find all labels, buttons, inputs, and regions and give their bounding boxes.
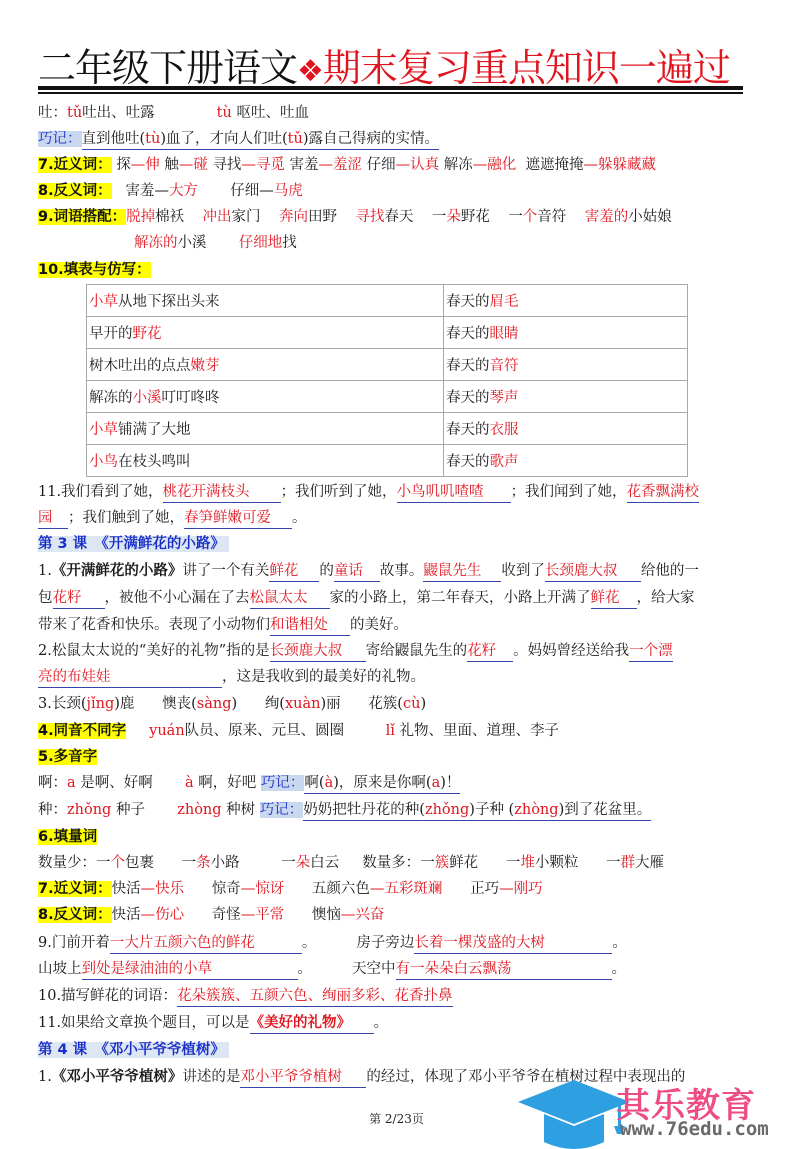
mnemonic-sentence: 直到他吐(tù)血了，才向人们吐(tǔ)露自己得病的实情。 bbox=[82, 129, 440, 150]
l3-q11-line: 11.如果给文章换个题目，可以是《美好的礼物》。 bbox=[38, 1012, 388, 1034]
section-label: 8.反义词： bbox=[38, 183, 112, 199]
qiaoji-label: 巧记： bbox=[261, 775, 305, 791]
table-row: 小草从地下探出头来春天的眉毛 bbox=[87, 285, 688, 317]
title-review: 期末复习重点知识一遍过 bbox=[323, 46, 730, 90]
l3-q2-line-2: 亮的布娃娃，这是我收到的最美好的礼物。 bbox=[38, 666, 425, 688]
title-rule-thick bbox=[38, 86, 743, 90]
qiaoji-label: 巧记： bbox=[38, 131, 82, 147]
l3-q3-pinyin-line: 3.长颈(jǐng)鹿 懊丧(sàng) 绚(xuàn)丽 花簇(cù) bbox=[38, 693, 426, 715]
table-row: 早开的野花春天的眼睛 bbox=[87, 317, 688, 349]
lesson-4-heading: 第 4 课 《邓小平爷爷植树》 bbox=[38, 1039, 229, 1061]
table-row: 小鸟在枝头鸣叫春天的歌声 bbox=[87, 445, 688, 477]
document-page: 二年级下册语文❖期末复习重点知识一遍过 吐：tǔ吐出、吐露tù 呕吐、吐血 巧记… bbox=[0, 0, 793, 1149]
synonyms-line: 7.近义词： 探—伸 触—碰 寻找—寻觅 害羞—羞涩 仔细—认真 解冻—融化 遮… bbox=[38, 154, 656, 176]
l3-q6-heading: 6.填量词 bbox=[38, 826, 97, 848]
l3-q10-line: 10.描写鲜花的词语：花朵簇簇、五颜六色、绚丽多彩、花香扑鼻 bbox=[38, 985, 453, 1007]
section-label: 7.近义词： bbox=[38, 881, 112, 897]
polyphone-a-line: 啊：a 是啊、好啊 à 啊，好吧 巧记：啊(à)，原来是你啊(a)！ bbox=[38, 772, 460, 794]
l3-q1-line-2: 包花籽，被他不小心漏在了去松鼠太太家的小路上，第二年春天，小路上开满了鲜花，给大… bbox=[38, 587, 695, 609]
section-label: 9.词语搭配： bbox=[38, 209, 126, 225]
section-label: 6.填量词 bbox=[38, 829, 97, 845]
fill-table-heading: 10.填表与仿写： bbox=[38, 259, 151, 281]
qiaoji-label: 巧记： bbox=[260, 802, 304, 818]
section-label: 7.近义词： bbox=[38, 157, 112, 173]
l3-q1-line-1: 1.《开满鲜花的小路》讲了一个有关鲜花的童话故事。鼹鼠先生收到了长颈鹿大叔给他的… bbox=[38, 560, 699, 582]
title-grade: 二年级下册语文 bbox=[38, 46, 297, 90]
section-label: 10.填表与仿写： bbox=[38, 262, 151, 278]
antonyms-line: 8.反义词： 害羞—大方 仔细—马虎 bbox=[38, 180, 303, 202]
l3-q9-line-1: 9.门前开着一大片五颜六色的鲜花。房子旁边长着一棵茂盛的大树。 bbox=[38, 932, 627, 954]
collocations-line-2: 解冻的小溪 仔细地找 bbox=[134, 232, 297, 254]
fill-table: 小草从地下探出头来春天的眉毛 早开的野花春天的眼睛 树木吐出的点点嫩芽春天的音符… bbox=[86, 284, 688, 477]
table-row: 小草铺满了大地春天的衣服 bbox=[87, 413, 688, 445]
l3-q5-heading: 5.多音字 bbox=[38, 746, 97, 768]
section-label: 4.同音不同字 bbox=[38, 723, 126, 739]
table-row: 解冻的小溪叮叮咚咚春天的琴声 bbox=[87, 381, 688, 413]
q11-line-1: 11.我们看到了她，桃花开满枝头；我们听到了她，小鸟叽叽喳喳；我们闻到了她，花香… bbox=[38, 481, 699, 503]
watermark-url: www.76edu.com bbox=[620, 1118, 769, 1140]
l3-q2-line-1: 2.松鼠太太说的“美好的礼物”指的是长颈鹿大叔寄给鼹鼠先生的花籽。妈妈曾经送给我… bbox=[38, 640, 673, 662]
measure-words-line: 数量少：一个包裹 一条小路 一朵白云 数量多：一簇鲜花 一堆小颗粒 一群大雁 bbox=[38, 852, 664, 874]
page-title: 二年级下册语文❖期末复习重点知识一遍过 bbox=[38, 44, 743, 92]
l3-antonyms-line: 8.反义词：快活—伤心 奇怪—平常 懊恼—兴奋 bbox=[38, 904, 384, 926]
diamond-icon: ❖ bbox=[297, 54, 323, 89]
section-label: 8.反义词： bbox=[38, 907, 112, 923]
l3-q9-line-2: 山坡上到处是绿油油的小草。天空中有一朵朵白云飘荡。 bbox=[38, 958, 626, 980]
l3-q1-line-3: 带来了花香和快乐。表现了小动物们和谐相处的美好。 bbox=[38, 614, 408, 636]
polyphone-zhong-line: 种：zhǒng 种子 zhòng 种树 巧记：奶奶把牡丹花的种(zhǒng)子种… bbox=[38, 799, 651, 821]
l3-synonyms-line: 7.近义词：快活—快乐 惊奇—惊讶 五颜六色—五彩斑斓 正巧—刚巧 bbox=[38, 878, 543, 900]
section-label: 5.多音字 bbox=[38, 749, 97, 765]
title-rule-thin bbox=[38, 92, 743, 94]
table-row: 树木吐出的点点嫩芽春天的音符 bbox=[87, 349, 688, 381]
lesson-3-heading: 第 3 课 《开满鲜花的小路》 bbox=[38, 533, 229, 555]
collocations-line: 9.词语搭配：脱掉棉袄 冲出家门 奔向田野 寻找春天 一朵野花 一个音符 害羞的… bbox=[38, 206, 672, 228]
l3-q4-homophones-line: 4.同音不同字 yuán队员、原来、元旦、圆圈 lǐ 礼物、里面、道理、李子 bbox=[38, 720, 559, 742]
tu-mnemonic-line: 巧记：直到他吐(tù)血了，才向人们吐(tǔ)露自己得病的实情。 bbox=[38, 128, 439, 150]
tu-pronunciation-line: 吐：tǔ吐出、吐露tù 呕吐、吐血 bbox=[38, 102, 309, 124]
q11-line-2: 园；我们触到了她，春笋鲜嫩可爱。 bbox=[38, 507, 307, 529]
